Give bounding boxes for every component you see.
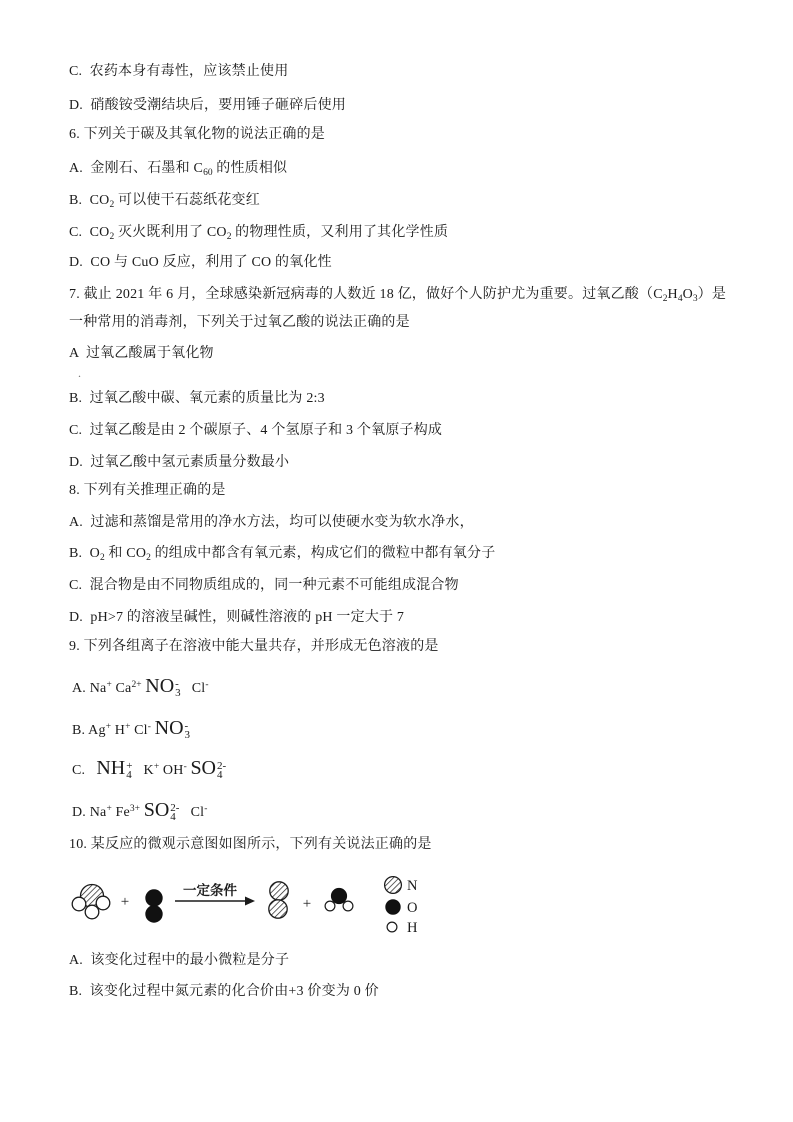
q7-option-b: B. 过氧乙酸中碳、氧元素的质量比为 2:3 — [69, 388, 325, 410]
text-segment: B. 过氧乙酸中碳、氧元素的质量比为 2:3 — [69, 391, 325, 406]
q9-stem: 9. 下列各组离子在溶液中能大量共存，并形成无色溶液的是 — [69, 636, 439, 658]
text-segment: D. CO 与 CuO 反应，利用了 CO 的氧化性 — [69, 255, 332, 270]
q10-option-a: A. 该变化过程中的最小微粒是分子 — [69, 950, 289, 972]
o-atom-legend-icon — [386, 900, 400, 914]
text-segment: Cl — [179, 805, 204, 820]
text-segment: O — [683, 287, 693, 302]
text-segment: H — [668, 287, 678, 302]
q6-option-b: B. CO2 可以使干石蕊纸花变红 — [69, 190, 260, 212]
ion-scripts: 2-4 — [217, 762, 226, 780]
plus-sign: + — [121, 894, 129, 910]
q7-option-a: A 过氧乙酸属于氧化物 — [69, 343, 214, 365]
q8-option-a: A. 过滤和蒸馏是常用的净水方法，均可以使硬水变为软水净水， — [69, 512, 474, 534]
text-segment: K — [132, 763, 153, 778]
text-segment: B. 该变化过程中氮元素的化合价由+3 价变为 0 价 — [69, 984, 379, 999]
text-segment: A. 该变化过程中的最小微粒是分子 — [69, 953, 289, 968]
text-segment: C. 过氧乙酸是由 2 个碳原子、4 个氢原子和 3 个氧原子构成 — [69, 423, 442, 438]
ion-formula: NO-3 — [155, 723, 190, 738]
ion-base: SO — [144, 799, 170, 821]
legend-n-label: N — [407, 878, 418, 894]
q10-option-b: B. 该变化过程中氮元素的化合价由+3 价变为 0 价 — [69, 981, 379, 1003]
text-segment: 和 CO — [105, 546, 146, 561]
text-segment: Cl — [130, 723, 147, 738]
text-segment: 7. 截止 2021 年 6 月，全球感染新冠病毒的人数近 18 亿，做好个人防… — [69, 287, 663, 302]
text-segment: 2+ — [131, 680, 141, 690]
text-segment: D. pH>7 的溶液呈碱性，则碱性溶液的 pH 一定大于 7 — [69, 610, 404, 625]
q7-stem-line1: 7. 截止 2021 年 6 月，全球感染新冠病毒的人数近 18 亿，做好个人防… — [69, 284, 726, 306]
text-segment: D. 硝酸铵受潮结块后，要用锤子砸碎后使用 — [69, 98, 346, 113]
text-segment: 10. 某反应的微观示意图如图所示，下列有关说法正确的是 — [69, 837, 432, 852]
q9-option-c: C. NH+4 K+ OH- SO2-4 — [72, 753, 226, 781]
text-segment: B. Ag — [72, 723, 106, 738]
condition-label: 一定条件 — [183, 882, 237, 898]
text-segment: 可以使干石蕊纸花变红 — [114, 193, 260, 208]
ion-formula: NH+4 — [96, 763, 132, 778]
text-segment: 8. 下列有关推理正确的是 — [69, 483, 226, 498]
plus-sign: + — [303, 896, 311, 912]
text-segment: 灭火既利用了 CO — [114, 225, 226, 240]
text-segment: 的组成中都含有氧元素，构成它们的微粒中都有氧分子 — [151, 546, 496, 561]
legend-h-label: H — [407, 920, 418, 936]
text-segment: Cl — [181, 681, 206, 696]
text-segment: D. 过氧乙酸中氢元素质量分数最小 — [69, 455, 289, 470]
q8-option-c: C. 混合物是由不同物质组成的，同一种元素不可能组成混合物 — [69, 575, 459, 597]
q7-option-c: C. 过氧乙酸是由 2 个碳原子、4 个氢原子和 3 个氧原子构成 — [69, 420, 442, 442]
ion-formula: NO-3 — [145, 681, 180, 696]
q9-option-a: A. Na+ Ca2+ NO-3 Cl- — [72, 671, 209, 699]
text-segment: B. O — [69, 546, 100, 561]
ion-base: NH — [96, 757, 125, 779]
text-segment: Fe — [112, 805, 130, 820]
q5-option-c: C. 农药本身有毒性，应该禁止使用 — [69, 61, 288, 83]
exam-page: C. 农药本身有毒性，应该禁止使用D. 硝酸铵受潮结块后，要用锤子砸碎后使用6.… — [0, 0, 793, 1122]
o2-molecule-icon — [146, 890, 162, 922]
text-segment: ）是 — [698, 287, 726, 302]
text-segment: . — [78, 366, 81, 380]
text-segment: D. Na — [72, 805, 106, 820]
ion-scripts: -3 — [185, 722, 191, 740]
ion-base: SO — [190, 757, 216, 779]
q7-option-d: D. 过氧乙酸中氢元素质量分数最小 — [69, 452, 289, 474]
q7-stem-line2: 一种常用的消毒剂，下列关于过氧乙酸的说法正确的是 — [69, 312, 410, 334]
q9-option-d: D. Na+ Fe3+ SO2-4 Cl- — [72, 795, 207, 823]
legend-o-label: O — [407, 900, 417, 916]
text-segment: - — [204, 804, 207, 814]
ion-formula: SO2-4 — [144, 805, 180, 820]
h-atom-legend-icon — [387, 922, 397, 932]
text-segment: C. — [72, 763, 96, 778]
text-segment: 的性质相似 — [213, 161, 288, 176]
text-segment: 一种常用的消毒剂，下列关于过氧乙酸的说法正确的是 — [69, 315, 410, 330]
n-atom-legend-icon — [385, 877, 402, 894]
text-segment: OH — [159, 763, 183, 778]
text-segment: H — [111, 723, 125, 738]
q6-option-a: A. 金刚石、石墨和 C60 的性质相似 — [69, 158, 287, 180]
text-segment: 的物理性质，又利用了其化学性质 — [231, 225, 448, 240]
text-segment: A 过氧乙酸属于氧化物 — [69, 346, 214, 361]
text-segment: 60 — [203, 168, 213, 178]
q6-option-c: C. CO2 灭火既利用了 CO2 的物理性质，又利用了其化学性质 — [69, 222, 448, 244]
q8-stem: 8. 下列有关推理正确的是 — [69, 480, 226, 502]
ion-base: NO — [145, 675, 174, 697]
q5-option-d: D. 硝酸铵受潮结块后，要用锤子砸碎后使用 — [69, 95, 346, 117]
stray-mark: . — [78, 362, 81, 384]
text-segment: B. CO — [69, 193, 110, 208]
n2-molecule-icon — [269, 882, 288, 918]
text-segment: 9. 下列各组离子在溶液中能大量共存，并形成无色溶液的是 — [69, 639, 439, 654]
text-segment: Ca — [112, 681, 132, 696]
q6-option-d: D. CO 与 CuO 反应，利用了 CO 的氧化性 — [69, 252, 332, 274]
q10-stem: 10. 某反应的微观示意图如图所示，下列有关说法正确的是 — [69, 834, 432, 856]
text-segment: 6. 下列关于碳及其氧化物的说法正确的是 — [69, 127, 325, 142]
text-segment: C. CO — [69, 225, 110, 240]
ion-base: NO — [155, 717, 184, 739]
text-segment: C. 混合物是由不同物质组成的，同一种元素不可能组成混合物 — [69, 578, 459, 593]
reaction-diagram: + 一定条件 + N O H — [58, 862, 448, 947]
text-segment: 3+ — [130, 804, 140, 814]
text-segment: C. 农药本身有毒性，应该禁止使用 — [69, 64, 288, 79]
q9-option-b: B. Ag+ H+ Cl- NO-3 — [72, 713, 190, 741]
nh3-molecule-icon — [72, 885, 110, 919]
text-segment: A. Na — [72, 681, 106, 696]
diagram-legend: N O H — [385, 877, 418, 936]
q6-stem: 6. 下列关于碳及其氧化物的说法正确的是 — [69, 124, 325, 146]
q8-option-b: B. O2 和 CO2 的组成中都含有氧元素，构成它们的微粒中都有氧分子 — [69, 543, 495, 565]
text-segment: - — [205, 680, 208, 690]
text-segment: A. 过滤和蒸馏是常用的净水方法，均可以使硬水变为软水净水， — [69, 515, 474, 530]
q8-option-d: D. pH>7 的溶液呈碱性，则碱性溶液的 pH 一定大于 7 — [69, 607, 404, 629]
text-segment: A. 金刚石、石墨和 C — [69, 161, 203, 176]
h2o-molecule-icon — [325, 888, 353, 911]
ion-formula: SO2-4 — [190, 763, 226, 778]
ion-count: 3 — [185, 731, 191, 740]
ion-count: 4 — [217, 771, 226, 780]
